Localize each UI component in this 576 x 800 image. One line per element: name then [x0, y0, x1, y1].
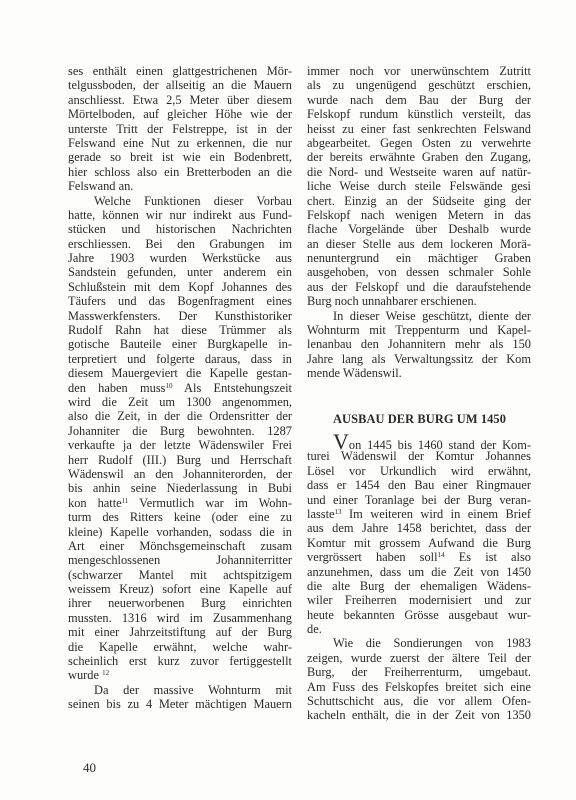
text-line: aus dem Jahre 1458 berichtet, dass der: [307, 521, 531, 535]
footnote-ref: 11: [122, 497, 129, 505]
text-line: turm des Ritters keine (oder eine zu: [68, 510, 292, 524]
text-line: aus der Felskopf und die daraufstehende: [307, 280, 531, 294]
text-line: Da der massive Wohnturm mit: [68, 683, 292, 697]
text-line: kon hatte11 Vermutlich war im Wohn-: [68, 496, 292, 510]
text-line: wiler Freiherren modernisiert und zur: [307, 593, 531, 607]
text-line: erschliessen. Bei den Grabungen im: [68, 237, 292, 251]
text-line: Mörtelboden, auf gleicher Höhe wie der: [68, 107, 292, 121]
text-line: liche Weise durch steile Felswände gesi: [307, 179, 531, 193]
text-line: Täufers und das Bogenfragment eines: [68, 294, 292, 308]
right-column: immer noch vor unerwünschtem Zutritt als…: [307, 64, 531, 723]
text-line: zeigen, wurde zuerst der ältere Teil der: [307, 651, 531, 665]
text-line: Felswand eine Nut zu erkennen, die nur: [68, 136, 292, 150]
text-line: mussten. 1316 wird im Zusammenhang: [68, 611, 292, 625]
text-line: Lösel vor Urkundlich wird erwähnt,: [307, 464, 531, 478]
text-line: turei Wädenswil der Komtur Johannes: [307, 449, 531, 463]
text-line: diesem Mauergeviert die Kapelle gestan-: [68, 366, 292, 380]
text-line: Burg noch unnahbarer erschienen.: [307, 294, 531, 308]
text-line: hatte, können wir nur indirekt aus Fund-: [68, 208, 292, 222]
text-line: Masswerkfensters. Der Kunsthistoriker: [68, 309, 292, 323]
text-line: Wie die Sondierungen von 1983: [307, 636, 531, 650]
page-number: 40: [83, 760, 96, 776]
text-line: Welche Funktionen dieser Vorbau: [68, 194, 292, 208]
text-line: der bereits erwähnte Graben den Zugang,: [307, 150, 531, 164]
text-line: Jahre 1903 wurden Werkstücke aus: [68, 251, 292, 265]
text-line: an dieser Stelle aus dem lockeren Morä-: [307, 237, 531, 251]
text-line: (schwarzer Mantel mit achtspitzigem: [68, 568, 292, 582]
text-line: de.: [307, 622, 531, 636]
text-line: die alte Burg der ehemaligen Wädens-: [307, 579, 531, 593]
text-line: gotische Bauteile einer Burgkapelle in-: [68, 337, 292, 351]
text-line: abgearbeitet. Gegen Osten zu verwehrte: [307, 136, 531, 150]
footnote-ref: 13: [335, 508, 342, 516]
footnote-ref: 14: [438, 551, 445, 559]
text-line: vergrössert haben soll14 Es ist also: [307, 550, 531, 564]
text-line: kacheln enthält, die in der Zeit von 135…: [307, 708, 531, 722]
text-line: Johanniter die Burg bewohnten. 1287: [68, 424, 292, 438]
text-line: Jahre lang als Verwaltungssitz der Kom: [307, 352, 531, 366]
text-line: Wohnturm mit Treppenturm und Kapel-: [307, 323, 531, 337]
text-line: Komtur mit grossem Aufwand die Burg: [307, 536, 531, 550]
text-line: Wädenswil an den Johanniterorden, der: [68, 467, 292, 481]
section-heading: AUSBAU DER BURG UM 1450: [307, 412, 531, 426]
text-line: Felskopf rundum künstlich versteilt, das: [307, 107, 531, 121]
text-line: Burg, der Freiherrenturm, umgebaut.: [307, 665, 531, 679]
text-line: die Kapelle erwähnt, welche wahr-: [68, 640, 292, 654]
text-line: Schlußstein mit dem Kopf Johannes des: [68, 280, 292, 294]
text-line: Felskopf nach wenigen Metern in das: [307, 208, 531, 222]
text-line: also die Zeit, in der die Ordensritter d…: [68, 409, 292, 423]
text-line: Art einer Mönchsgemeinschaft zusam: [68, 539, 292, 553]
text-line: bis anhin seine Niederlassung in Bubi: [68, 481, 292, 495]
text-line: heute bekannten Grösse ausgebaut wur-: [307, 608, 531, 622]
footnote-ref: 12: [102, 669, 109, 677]
text-line: ihrer neuerworbenen Burg einrichten: [68, 596, 292, 610]
text-line: hier schloss also ein Bretterboden an di…: [68, 165, 292, 179]
text-line: heisst zu einer fast senkrechten Felswan…: [307, 122, 531, 136]
text-line: In dieser Weise geschützt, diente der: [307, 309, 531, 323]
text-line: scheinlich erst kurz zuvor fertiggestell…: [68, 654, 292, 668]
text-line: immer noch vor unerwünschtem Zutritt: [307, 64, 531, 78]
footnote-ref: 10: [165, 382, 172, 390]
text-line: Von 1445 bis 1460 stand der Kom-: [307, 435, 531, 449]
text-line: gerade so breit ist wie ein Bodenbrett,: [68, 150, 292, 164]
text-line: nenuntergrund ein mächtiger Graben: [307, 251, 531, 265]
text-line: Am Fuss des Felskopfes breitet sich eine: [307, 680, 531, 694]
text-line: seinen bis zu 4 Meter mächtigen Mauern: [68, 697, 292, 711]
text-line: herr Rudolf (III.) Burg und Herrschaft: [68, 453, 292, 467]
text-line: flache Vorgelände über Deshalb wurde: [307, 222, 531, 236]
text-line: Sandstein gefunden, unter anderem ein: [68, 265, 292, 279]
text-line: als zu ungenügend geschützt erschien,: [307, 78, 531, 92]
text-line: Rudolf Rahn hat diese Trümmer als: [68, 323, 292, 337]
text-line: dass er 1454 den Bau einer Ringmauer: [307, 478, 531, 492]
text-line: kleine) Kapelle vorhanden, sodass die in: [68, 525, 292, 539]
text-line: Felswand an.: [68, 179, 292, 193]
text-line: verkaufte ja der letzte Wädenswiler Frei: [68, 438, 292, 452]
text-line: mengeschlossenen Johanniterritter: [68, 553, 292, 567]
text-line: anzunehmen, dass um die Zeit von 1450: [307, 565, 531, 579]
text-line: lenanbau den Johannitern mehr als 150: [307, 337, 531, 351]
text-line: wurde 12: [68, 668, 292, 682]
text-line: Schuttschicht aus, die vor allem Ofen-: [307, 694, 531, 708]
text-line: ausgehoben, von dessen schmaler Sohle: [307, 265, 531, 279]
text-line: wird die Zeit um 1300 angenommen,: [68, 395, 292, 409]
text-line: unterste Tritt der Felstreppe, ist in de…: [68, 122, 292, 136]
text-line: lasste13 Im weiteren wird in einem Brief: [307, 507, 531, 521]
text-line: telgussboden, der allseitig an die Mauer…: [68, 78, 292, 92]
text-line: wurde nach dem Bau der Burg der: [307, 93, 531, 107]
text-line: ses enthält einen glattgestrichenen Mör-: [68, 64, 292, 78]
text-line: und einer Toranlage bei der Burg veran-: [307, 493, 531, 507]
text-line: mit einer Jahrzeitstiftung auf der Burg: [68, 625, 292, 639]
text-line: den haben muss10 Als Entstehungszeit: [68, 381, 292, 395]
text-line: chert. Einzig an der Südseite ging der: [307, 194, 531, 208]
text-line: terpretiert und folgerte daraus, dass in: [68, 352, 292, 366]
text-line: anschliesst. Etwa 2,5 Meter über diesem: [68, 93, 292, 107]
text-line: stücken und historischen Nachrichten: [68, 222, 292, 236]
left-column: ses enthält einen glattgestrichenen Mör-…: [68, 64, 292, 712]
text-line: mende Wädenswil.: [307, 366, 531, 380]
text-line: weissem Kreuz) sofort eine Kapelle auf: [68, 582, 292, 596]
text-line: die Nord- und Westseite waren auf natür-: [307, 165, 531, 179]
